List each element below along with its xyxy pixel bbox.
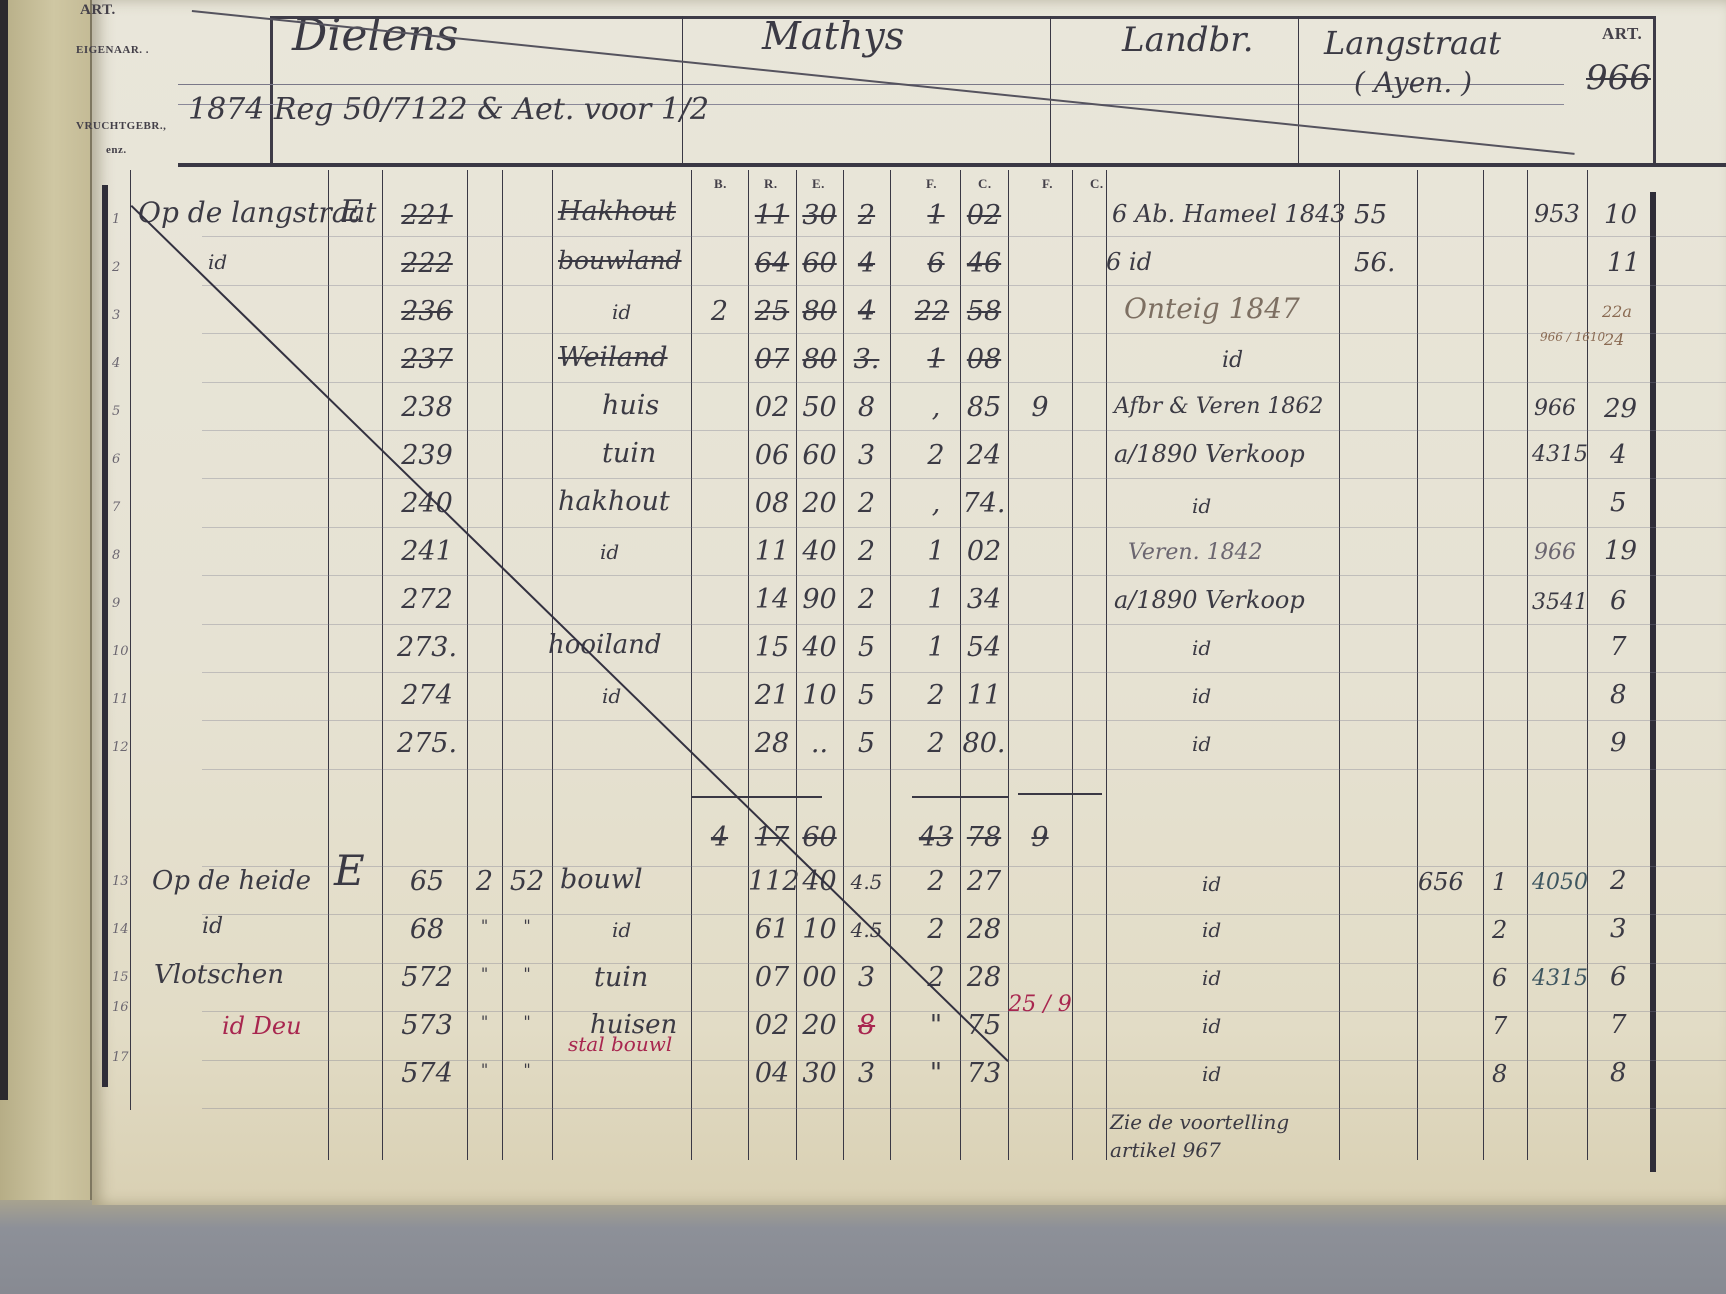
- row-x1: ": [467, 964, 502, 983]
- row-nature: id: [612, 300, 631, 324]
- row-r: 25: [748, 296, 796, 327]
- row-art-ref: 953: [1534, 200, 1580, 228]
- row-x1: 2: [467, 866, 502, 897]
- row-art: 29: [1604, 394, 1637, 424]
- col-header-b: B.: [714, 176, 727, 192]
- row-e: 30: [796, 1058, 843, 1089]
- subtotal-e: 60: [796, 822, 843, 853]
- row-c: 27: [960, 866, 1008, 897]
- art-label-right: ART.: [1602, 24, 1642, 44]
- row-art-ref: 966 / 1610: [1540, 330, 1605, 344]
- row-x2: 52: [502, 866, 552, 897]
- row-r: 07: [748, 344, 796, 375]
- row-r: 21: [748, 680, 796, 711]
- row-f: 2: [912, 914, 960, 945]
- row-nature: id: [602, 684, 621, 708]
- row-note: a/1890 Verkoop: [1114, 440, 1305, 468]
- row-nature: Weiland: [558, 342, 668, 373]
- row-col-b: 7: [1492, 1012, 1507, 1040]
- table-right-border: [1650, 192, 1656, 1172]
- row-c: 02: [960, 200, 1008, 231]
- row-number: 7: [112, 500, 120, 515]
- row-art: 7: [1610, 1010, 1627, 1040]
- left-page-edge: [0, 0, 92, 1210]
- row-note: id: [1202, 918, 1221, 942]
- row-nature: huis: [602, 390, 659, 421]
- row-note: 6 Ab. Hameel 1843: [1112, 200, 1346, 228]
- row-f2: 25 / 9: [1008, 992, 1072, 1017]
- row-art: 4: [1610, 440, 1627, 470]
- row-parcel: 237: [392, 344, 462, 375]
- row-c: 34: [960, 584, 1008, 615]
- row-note: id: [1192, 636, 1211, 660]
- row-location: id Deu: [222, 1012, 302, 1040]
- subtotal-f2: 9: [1008, 822, 1072, 853]
- row-e: 60: [796, 248, 843, 279]
- row-f: 6: [912, 248, 960, 279]
- ledger-photo: ART. EIGENAAR. . VRUCHTGEBR., enz. Diele…: [0, 0, 1726, 1294]
- row-note: id: [1192, 494, 1211, 518]
- row-location: Op de heide: [152, 866, 311, 896]
- row-parcel: 239: [392, 440, 462, 471]
- row-art: 6: [1610, 962, 1627, 992]
- row-art: 24: [1604, 330, 1624, 349]
- row-note: id: [1202, 966, 1221, 990]
- row-class: 4.5: [843, 870, 890, 894]
- row-class: 2: [843, 584, 890, 615]
- row-section: E: [340, 194, 362, 229]
- row-nature: id: [612, 918, 631, 942]
- row-number: 16: [112, 1000, 129, 1015]
- table-left-border: [102, 185, 108, 1087]
- row-note: Veren. 1842: [1128, 540, 1263, 565]
- col-header-f2: F.: [1042, 176, 1053, 192]
- row-r: 15: [748, 632, 796, 663]
- row-f: 1: [912, 344, 960, 375]
- row-note: a/1890 Verkoop: [1114, 586, 1305, 614]
- row-class: 3.: [843, 344, 890, 375]
- row-section: E: [334, 846, 365, 895]
- subtotal-c: 78: [960, 822, 1008, 853]
- owner-residence: Langstraat: [1324, 24, 1501, 62]
- header-label-vruchtgebr: VRUCHTGEBR.,: [76, 120, 166, 132]
- row-r: 04: [748, 1058, 796, 1089]
- row-location: id: [202, 914, 223, 939]
- row-f: 2: [912, 440, 960, 471]
- row-f: 1: [912, 200, 960, 231]
- owner-residence-note: ( Ayen. ): [1354, 66, 1472, 99]
- row-parcel: 68: [392, 914, 462, 945]
- subtotal-b: 4: [691, 822, 748, 853]
- row-c: 73: [960, 1058, 1008, 1089]
- row-e: 10: [796, 914, 843, 945]
- row-parcel: 241: [392, 536, 462, 567]
- row-nature: bouwland: [558, 246, 682, 275]
- row-c: 02: [960, 536, 1008, 567]
- row-f: ": [912, 1010, 960, 1041]
- row-number: 6: [112, 452, 120, 467]
- row-f2: 9: [1008, 392, 1072, 423]
- row-f: ,: [912, 488, 960, 519]
- row-parcel: 274: [392, 680, 462, 711]
- row-class: 5: [843, 728, 890, 759]
- row-number: 3: [112, 308, 120, 323]
- row-c: 80.: [960, 728, 1008, 759]
- row-number: 12: [112, 740, 129, 755]
- row-r: 28: [748, 728, 796, 759]
- row-art: 11: [1607, 248, 1640, 278]
- footnote-line2: artikel 967: [1110, 1138, 1221, 1162]
- row-art-ref: 4050: [1532, 870, 1588, 895]
- row-number: 11: [112, 692, 129, 707]
- row-e: 30: [796, 200, 843, 231]
- row-e: 10: [796, 680, 843, 711]
- col-header-e: E.: [812, 176, 825, 192]
- row-x1: ": [467, 1060, 502, 1079]
- row-class: 3: [843, 1058, 890, 1089]
- row-f: 1: [912, 536, 960, 567]
- row-class: 3: [843, 440, 890, 471]
- row-parcel: 65: [392, 866, 462, 897]
- row-e: 80: [796, 344, 843, 375]
- row-c: 08: [960, 344, 1008, 375]
- row-class: 4: [843, 248, 890, 279]
- col-header-c: C.: [978, 176, 992, 192]
- row-c: 74.: [960, 488, 1008, 519]
- row-number: 13: [112, 874, 129, 889]
- row-note: id: [1192, 732, 1211, 756]
- row-number: 8: [112, 548, 120, 563]
- row-parcel: 574: [392, 1058, 462, 1089]
- row-c: 28: [960, 962, 1008, 993]
- row-number: 2: [112, 260, 120, 275]
- row-art: 6: [1610, 586, 1627, 616]
- row-art: 22a: [1602, 302, 1632, 321]
- row-f: ,: [912, 392, 960, 423]
- row-r: 02: [748, 392, 796, 423]
- row-r: 64: [748, 248, 796, 279]
- row-col-b: 2: [1492, 916, 1507, 944]
- row-r: 61: [748, 914, 796, 945]
- col-header-r: R.: [764, 176, 778, 192]
- row-c: 54: [960, 632, 1008, 663]
- row-art-ref: 4315: [1532, 966, 1588, 991]
- col-header-c2: C.: [1090, 176, 1104, 192]
- row-note: Onteig 1847: [1124, 292, 1300, 325]
- header-label-eigenaar: EIGENAAR. .: [76, 44, 149, 56]
- row-e: 90: [796, 584, 843, 615]
- row-parcel: 222: [392, 248, 462, 279]
- row-r: 11: [748, 536, 796, 567]
- usufruct-note: 1874 Reg 50/7122 & Aet. voor 1/2: [188, 92, 709, 127]
- row-ref: 56.: [1354, 248, 1395, 278]
- row-art: 19: [1604, 536, 1637, 566]
- row-r: 08: [748, 488, 796, 519]
- row-e: 60: [796, 440, 843, 471]
- row-number: 4: [112, 356, 120, 371]
- row-col-b: 1: [1492, 868, 1507, 896]
- row-r: 112: [748, 866, 796, 897]
- row-note: id: [1202, 1014, 1221, 1038]
- row-art-ref: 966: [1534, 540, 1576, 565]
- row-location: id: [208, 250, 227, 274]
- row-location: Vlotschen: [154, 960, 284, 990]
- row-note: id: [1202, 1062, 1221, 1086]
- row-col-b: 6: [1492, 964, 1507, 992]
- row-nature: tuin: [594, 962, 648, 993]
- row-parcel: 221: [392, 200, 462, 231]
- art-number-struck: 966: [1586, 58, 1651, 98]
- row-f: 2: [912, 866, 960, 897]
- header-label-enz: enz.: [106, 144, 127, 156]
- row-art: 9: [1610, 728, 1627, 758]
- row-f: ": [912, 1058, 960, 1089]
- row-nature: id: [600, 540, 619, 564]
- row-x1: ": [467, 1012, 502, 1031]
- row-parcel: 238: [392, 392, 462, 423]
- row-art: 8: [1610, 680, 1627, 710]
- row-c: 24: [960, 440, 1008, 471]
- row-class: 5: [843, 632, 890, 663]
- row-x2: ": [502, 964, 552, 983]
- row-r: 11: [748, 200, 796, 231]
- row-f: 1: [912, 632, 960, 663]
- row-f: 2: [912, 680, 960, 711]
- row-class: 2: [843, 200, 890, 231]
- footnote-line1: Zie de voortelling: [1110, 1110, 1289, 1134]
- row-x1: ": [467, 916, 502, 935]
- row-e: 40: [796, 632, 843, 663]
- subtotal-f: 43: [912, 822, 960, 853]
- owner-profession: Landbr.: [1122, 20, 1254, 60]
- row-c: 28: [960, 914, 1008, 945]
- row-e: 00: [796, 962, 843, 993]
- row-art: 10: [1604, 200, 1637, 230]
- row-art: 5: [1610, 488, 1627, 518]
- row-e: 50: [796, 392, 843, 423]
- row-b: 2: [691, 296, 748, 327]
- row-ref: 55: [1354, 200, 1387, 230]
- row-parcel: 572: [392, 962, 462, 993]
- row-e: 80: [796, 296, 843, 327]
- row-nature: bouwl: [560, 864, 643, 895]
- row-col-b: 8: [1492, 1060, 1507, 1088]
- row-class: 3: [843, 962, 890, 993]
- row-note: id: [1202, 872, 1221, 896]
- row-c: 11: [960, 680, 1008, 711]
- row-class: 2: [843, 488, 890, 519]
- row-f: 2: [912, 728, 960, 759]
- table-top-border: [178, 163, 1726, 167]
- row-number: 9: [112, 596, 120, 611]
- row-number: 10: [112, 644, 129, 659]
- row-nature: hakhout: [558, 486, 670, 517]
- table-surface: [0, 1200, 1726, 1294]
- row-c: 46: [960, 248, 1008, 279]
- row-f: 22: [904, 296, 960, 327]
- row-class: 8: [843, 392, 890, 423]
- row-nature: hooiland: [548, 630, 662, 660]
- row-r: 14: [748, 584, 796, 615]
- row-note: id: [1192, 684, 1211, 708]
- row-nature: stal bouwl: [568, 1046, 672, 1070]
- row-e: 20: [796, 488, 843, 519]
- row-class: 5: [843, 680, 890, 711]
- row-art: 8: [1610, 1058, 1627, 1088]
- row-e: 20: [796, 1010, 843, 1041]
- row-note: Afbr & Veren 1862: [1114, 394, 1323, 419]
- row-class: 8: [843, 1010, 890, 1041]
- row-art: 7: [1610, 632, 1627, 662]
- row-x2: ": [502, 1012, 552, 1031]
- row-note: id: [1222, 348, 1243, 373]
- row-art-ref: 966: [1534, 396, 1576, 421]
- row-r: 06: [748, 440, 796, 471]
- row-c: 85: [960, 392, 1008, 423]
- row-f: 1: [912, 584, 960, 615]
- row-e: 40: [796, 536, 843, 567]
- row-nature: tuin: [602, 438, 656, 469]
- row-r: 07: [748, 962, 796, 993]
- row-col-a: 656: [1418, 868, 1464, 896]
- row-f: 2: [912, 962, 960, 993]
- row-c: 58: [960, 296, 1008, 327]
- header-label-art: ART.: [80, 2, 116, 19]
- row-art-ref: 3541: [1532, 590, 1588, 615]
- row-parcel: 273.: [392, 632, 462, 663]
- row-number: 14: [112, 922, 129, 937]
- row-art: 3: [1610, 914, 1627, 944]
- row-parcel: 236: [392, 296, 462, 327]
- row-number: 5: [112, 404, 120, 419]
- row-e: ..: [796, 728, 843, 759]
- row-number: 17: [112, 1050, 129, 1065]
- row-art-ref: 4315: [1532, 442, 1588, 467]
- ledger-page: ART. EIGENAAR. . VRUCHTGEBR., enz. Diele…: [92, 0, 1726, 1205]
- row-parcel: 275.: [392, 728, 462, 759]
- row-number: 15: [112, 970, 129, 985]
- row-parcel: 272: [392, 584, 462, 615]
- row-class: 2: [843, 536, 890, 567]
- row-x2: ": [502, 916, 552, 935]
- row-r: 02: [748, 1010, 796, 1041]
- col-header-f: F.: [926, 176, 937, 192]
- row-x2: ": [502, 1060, 552, 1079]
- row-art: 2: [1610, 866, 1627, 896]
- row-note: 6 id: [1106, 248, 1152, 276]
- owner-firstname: Mathys: [762, 14, 904, 58]
- row-class: 4: [843, 296, 890, 327]
- row-parcel: 573: [392, 1010, 462, 1041]
- row-number: 1: [112, 212, 120, 227]
- row-nature: Hakhout: [558, 196, 676, 227]
